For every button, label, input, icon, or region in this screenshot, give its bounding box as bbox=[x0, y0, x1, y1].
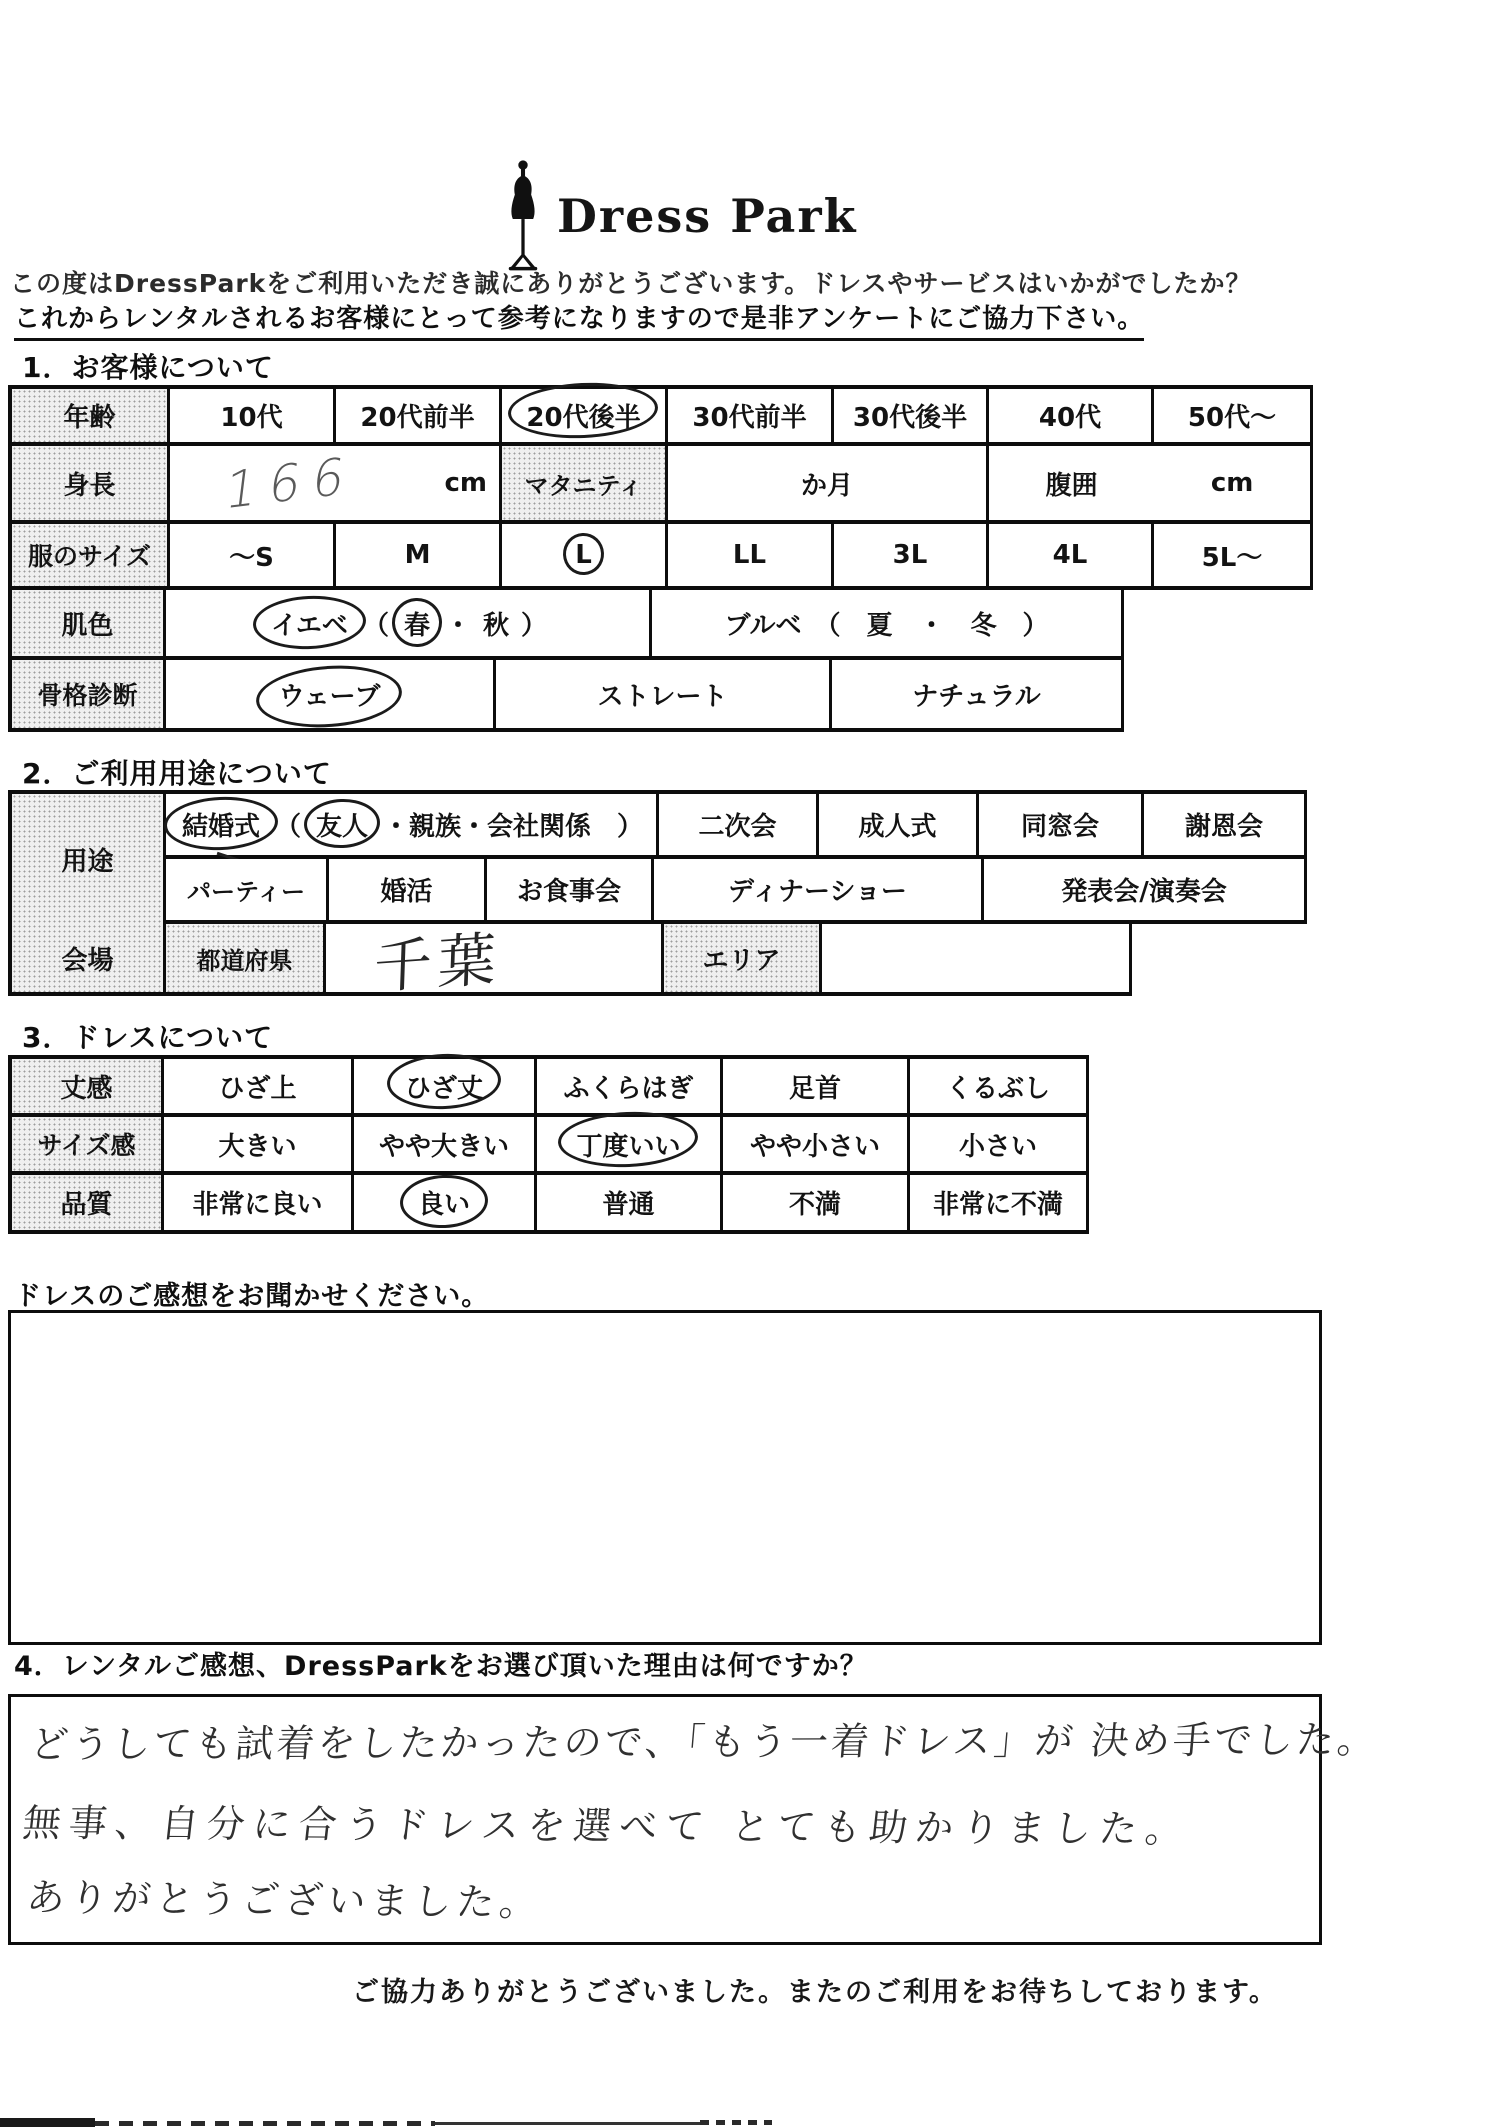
quality-option-circled: 良い bbox=[415, 1184, 473, 1221]
quality-option: 非常に良い bbox=[192, 1184, 322, 1221]
usage-option: 成人式 bbox=[858, 806, 936, 843]
length-option-circled: ひざ丈 bbox=[402, 1068, 486, 1105]
size-option-cell: M bbox=[336, 524, 502, 590]
skin-label: 肌色 bbox=[61, 605, 113, 642]
fit-option-circled: 丁度いい bbox=[573, 1126, 683, 1163]
usage-option-cell: お食事会 bbox=[487, 859, 654, 924]
usage-row-a: 結婚式 （ 友人 ・親族・会社関係 ） 二次会 成人式 同窓会 謝恩会 bbox=[166, 794, 1307, 859]
age-label-cell: 年齢 bbox=[12, 389, 170, 446]
length-option-cell-selected: ひざ丈 bbox=[354, 1059, 537, 1117]
usage-option-cell: 二次会 bbox=[659, 794, 819, 859]
fit-label: サイズ感 bbox=[37, 1126, 135, 1162]
fit-label-cell: サイズ感 bbox=[12, 1117, 164, 1175]
size-option: LL bbox=[733, 540, 766, 570]
size-option-cell: LL bbox=[668, 524, 834, 590]
age-option-cell-selected: 20代後半 bbox=[502, 389, 668, 446]
quality-option: 普通 bbox=[602, 1184, 654, 1221]
skin-label-cell: 肌色 bbox=[12, 590, 166, 660]
length-option-cell: くるぶし bbox=[910, 1059, 1089, 1117]
scan-artifact-segment bbox=[700, 2120, 772, 2125]
size-option-cell: 3L bbox=[834, 524, 989, 590]
length-option-cell: 足首 bbox=[723, 1059, 910, 1117]
age-option-cell: 50代～ bbox=[1154, 389, 1313, 446]
length-option: ひざ上 bbox=[218, 1068, 296, 1105]
usage-table: 用途 結婚式 （ 友人 ・親族・会社関係 ） 二次会 成人式 同窓会 謝恩会 パ… bbox=[8, 790, 1307, 928]
skin-spring-circled: 春 bbox=[401, 605, 433, 642]
length-label: 丈感 bbox=[60, 1068, 112, 1105]
scan-artifact-segment bbox=[435, 2122, 700, 2125]
venue-label-cell: 会場 bbox=[12, 924, 166, 996]
usage-option-cell: 同窓会 bbox=[979, 794, 1144, 859]
age-option-circled: 20代後半 bbox=[523, 397, 643, 434]
age-option-cell: 20代前半 bbox=[336, 389, 502, 446]
fit-option-cell: やや小さい bbox=[723, 1117, 910, 1175]
usage-option: 同窓会 bbox=[1021, 806, 1099, 843]
size-row: 服のサイズ ～S M L LL 3L 4L 5L～ bbox=[12, 524, 1313, 590]
quality-option-cell-selected: 良い bbox=[354, 1175, 537, 1234]
dress-comment-prompt: ドレスのご感想をお聞かせください。 bbox=[14, 1274, 489, 1313]
fit-option: 小さい bbox=[959, 1126, 1037, 1163]
quality-option: 不満 bbox=[789, 1184, 841, 1221]
usage-friend-circled: 友人 bbox=[313, 806, 371, 843]
age-option: 30代後半 bbox=[853, 397, 967, 434]
usage-option-cell: 発表会/演奏会 bbox=[984, 859, 1307, 924]
maternity-months-cell: か月 bbox=[668, 446, 989, 524]
size-option-circled: L bbox=[572, 540, 595, 570]
girth-cell: 腹囲 cm bbox=[989, 446, 1313, 524]
length-option: くるぶし bbox=[946, 1068, 1050, 1105]
section4-heading: 4．レンタルご感想、DressParkをお選び頂いた理由は何ですか？ bbox=[14, 1644, 868, 1683]
skin-frame-table: 肌色 イエベ （ 春 ・ 秋 ） ブルベ （ 夏 ・ 冬 ） 骨格診断 ウェーブ… bbox=[8, 590, 1124, 732]
age-option: 10代 bbox=[220, 397, 282, 434]
frame-label-cell: 骨格診断 bbox=[12, 660, 166, 732]
area-label-cell: エリア bbox=[664, 924, 822, 996]
fit-option-cell: 大きい bbox=[164, 1117, 354, 1175]
age-option-cell: 30代前半 bbox=[668, 389, 834, 446]
scan-artifact-segment bbox=[95, 2121, 435, 2126]
size-option: ～S bbox=[229, 537, 274, 574]
dress-comment-box bbox=[8, 1310, 1322, 1645]
size-option-cell: 4L bbox=[989, 524, 1154, 590]
separator-dot: ・ bbox=[445, 605, 471, 642]
scanned-survey-form: { "logo": { "name": "Dress Park" }, "int… bbox=[0, 0, 1500, 2127]
brand-logo: Dress Park bbox=[505, 160, 857, 272]
prefecture-value-cell: 千葉 bbox=[326, 924, 664, 996]
prefecture-handwritten-value: 千葉 bbox=[373, 911, 504, 1004]
usage-option: 二次会 bbox=[698, 806, 776, 843]
venue-label: 会場 bbox=[61, 940, 113, 977]
rental-comment-box: どうしても試着をしたかったので、「もう一着ドレス」が 決め手でした。 無事、自分… bbox=[8, 1694, 1322, 1945]
dress-form-icon bbox=[505, 160, 541, 272]
intro-request-line: これからレンタルされるお客様にとって参考になりますので是非アンケートにご協力下さ… bbox=[14, 298, 1144, 341]
fit-option: 大きい bbox=[218, 1126, 296, 1163]
maternity-label-cell: マタニティ bbox=[502, 446, 668, 524]
length-option: ふくらはぎ bbox=[563, 1068, 693, 1105]
quality-option-cell: 非常に不満 bbox=[910, 1175, 1089, 1234]
length-option-cell: ひざ上 bbox=[164, 1059, 354, 1117]
maternity-label: マタニティ bbox=[524, 466, 642, 501]
skin-row: 肌色 イエベ （ 春 ・ 秋 ） ブルベ （ 夏 ・ 冬 ） bbox=[12, 590, 1124, 660]
age-row: 年齢 10代 20代前半 20代後半 30代前半 30代後半 40代 50代～ bbox=[12, 389, 1313, 446]
fit-option-cell-selected: 丁度いい bbox=[537, 1117, 723, 1175]
frame-option-circled: ウェーブ bbox=[276, 676, 384, 713]
usage-option: 発表会/演奏会 bbox=[1061, 871, 1227, 908]
size-option-cell: ～S bbox=[170, 524, 336, 590]
months-label: か月 bbox=[801, 465, 853, 502]
size-option-cell-selected: L bbox=[502, 524, 668, 590]
usage-option: ディナーショー bbox=[728, 871, 907, 908]
usage-option-cell: 成人式 bbox=[819, 794, 979, 859]
fit-option-cell: やや大きい bbox=[354, 1117, 537, 1175]
scan-artifact bbox=[0, 2114, 780, 2127]
frame-label: 骨格診断 bbox=[37, 676, 137, 712]
section1-heading: 1．お客様について bbox=[22, 346, 274, 386]
usage-label: 用途 bbox=[61, 841, 113, 878]
paren-close: ） bbox=[521, 605, 547, 642]
size-option: 3L bbox=[893, 540, 928, 570]
usage-option: お食事会 bbox=[517, 871, 621, 908]
frame-row: 骨格診断 ウェーブ ストレート ナチュラル bbox=[12, 660, 1124, 732]
paren-open: （ bbox=[363, 605, 389, 642]
quality-option-cell: 不満 bbox=[723, 1175, 910, 1234]
skin-blue-cell: ブルベ （ 夏 ・ 冬 ） bbox=[652, 590, 1124, 660]
venue-row: 会場 都道府県 千葉 エリア bbox=[12, 924, 1132, 996]
height-handwritten-value: 166 bbox=[222, 445, 360, 520]
quality-option-cell: 非常に良い bbox=[164, 1175, 354, 1234]
age-option: 30代前半 bbox=[692, 397, 806, 434]
age-option: 20代前半 bbox=[360, 397, 474, 434]
age-label: 年齢 bbox=[63, 397, 115, 434]
length-row: 丈感 ひざ上 ひざ丈 ふくらはぎ 足首 くるぶし bbox=[12, 1059, 1089, 1117]
usage-option: 婚活 bbox=[380, 871, 432, 908]
length-label-cell: 丈感 bbox=[12, 1059, 164, 1117]
usage-block: 用途 結婚式 （ 友人 ・親族・会社関係 ） 二次会 成人式 同窓会 謝恩会 パ… bbox=[12, 794, 1307, 928]
size-option-cell: 5L～ bbox=[1154, 524, 1313, 590]
area-label: エリア bbox=[702, 940, 780, 977]
length-option-cell: ふくらはぎ bbox=[537, 1059, 723, 1117]
height-value-cell: 166 cm bbox=[170, 446, 502, 524]
skin-blue: ブルベ （ 夏 ・ 冬 ） bbox=[725, 605, 1049, 642]
skin-yellow-cell: イエベ （ 春 ・ 秋 ） bbox=[166, 590, 652, 660]
skin-yellow-circled: イエベ bbox=[268, 605, 351, 642]
venue-table: 会場 都道府県 千葉 エリア bbox=[8, 924, 1132, 996]
usage-options-block: 結婚式 （ 友人 ・親族・会社関係 ） 二次会 成人式 同窓会 謝恩会 パーティ… bbox=[166, 794, 1307, 928]
age-option-cell: 40代 bbox=[989, 389, 1154, 446]
girth-label: 腹囲 bbox=[1046, 465, 1098, 502]
dress-table: 丈感 ひざ上 ひざ丈 ふくらはぎ 足首 くるぶし サイズ感 大きい やや大きい … bbox=[8, 1055, 1089, 1234]
handwritten-line: 無事、自分に合うドレスを選べて とても助かりました。 bbox=[20, 1792, 1194, 1853]
quality-row: 品質 非常に良い 良い 普通 不満 非常に不満 bbox=[12, 1175, 1089, 1234]
usage-option-cell: 謝恩会 bbox=[1144, 794, 1307, 859]
length-option: 足首 bbox=[789, 1068, 841, 1105]
height-label-cell: 身長 bbox=[12, 446, 170, 524]
height-row: 身長 166 cm マタニティ か月 腹囲 cm bbox=[12, 446, 1313, 524]
height-unit: cm bbox=[444, 468, 487, 498]
frame-option-cell-selected: ウェーブ bbox=[166, 660, 496, 732]
usage-label-cell: 用途 bbox=[12, 794, 166, 928]
brand-name: Dress Park bbox=[557, 189, 857, 243]
frame-option-cell: ナチュラル bbox=[832, 660, 1124, 732]
usage-row-b: パーティー 婚活 お食事会 ディナーショー 発表会/演奏会 bbox=[166, 859, 1307, 924]
footer-thanks: ご協力ありがとうございました。またのご利用をお待ちしております。 bbox=[352, 1970, 1278, 2009]
prefecture-label-cell: 都道府県 bbox=[166, 924, 326, 996]
fit-option: やや小さい bbox=[750, 1126, 880, 1163]
customer-table: 年齢 10代 20代前半 20代後半 30代前半 30代後半 40代 50代～ … bbox=[8, 385, 1313, 590]
intro-thanks-line: この度はDressParkをご利用いただき誠にありがとうございます。ドレスやサー… bbox=[10, 264, 1252, 300]
section2-heading: 2．ご利用用途について bbox=[22, 752, 332, 792]
usage-wedding-cell: 結婚式 （ 友人 ・親族・会社関係 ） bbox=[166, 794, 659, 859]
fit-row: サイズ感 大きい やや大きい 丁度いい やや小さい 小さい bbox=[12, 1117, 1089, 1175]
size-option: M bbox=[405, 540, 431, 570]
quality-label-cell: 品質 bbox=[12, 1175, 164, 1234]
quality-option: 非常に不満 bbox=[933, 1184, 1063, 1221]
handwritten-line: ありがとうございました。 bbox=[25, 1866, 546, 1926]
fit-option: やや大きい bbox=[379, 1126, 509, 1163]
usage-option-cell: パーティー bbox=[166, 859, 329, 924]
frame-option-cell: ストレート bbox=[496, 660, 832, 732]
skin-autumn: 秋 bbox=[483, 605, 509, 642]
usage-option: 謝恩会 bbox=[1185, 806, 1263, 843]
frame-option: ストレート bbox=[597, 676, 727, 713]
fit-option-cell: 小さい bbox=[910, 1117, 1089, 1175]
usage-option: パーティー bbox=[187, 872, 305, 907]
frame-option: ナチュラル bbox=[912, 676, 1040, 713]
girth-unit: cm bbox=[1211, 468, 1254, 498]
size-label: 服のサイズ bbox=[28, 537, 151, 573]
handwritten-line: どうしても試着をしたかったので、「もう一着ドレス」が 決め手でした。 bbox=[28, 1709, 1380, 1769]
section3-heading: 3．ドレスについて bbox=[22, 1016, 273, 1056]
age-option: 50代～ bbox=[1188, 397, 1276, 434]
quality-label: 品質 bbox=[60, 1184, 112, 1221]
usage-option-cell: ディナーショー bbox=[654, 859, 984, 924]
height-label: 身長 bbox=[63, 465, 115, 502]
usage-wedding-rest: ・親族・会社関係 ） bbox=[383, 806, 643, 843]
scan-artifact-segment bbox=[0, 2118, 95, 2127]
size-option: 5L～ bbox=[1202, 537, 1263, 574]
paren-open: （ bbox=[275, 806, 301, 843]
size-label-cell: 服のサイズ bbox=[12, 524, 170, 590]
prefecture-label: 都道府県 bbox=[197, 941, 293, 976]
area-value-cell bbox=[822, 924, 1132, 996]
usage-wedding-circled: 結婚式 bbox=[179, 806, 263, 843]
size-option: 4L bbox=[1053, 540, 1088, 570]
age-option-cell: 30代後半 bbox=[834, 389, 989, 446]
quality-option-cell: 普通 bbox=[537, 1175, 723, 1234]
age-option-cell: 10代 bbox=[170, 389, 336, 446]
age-option: 40代 bbox=[1039, 397, 1101, 434]
